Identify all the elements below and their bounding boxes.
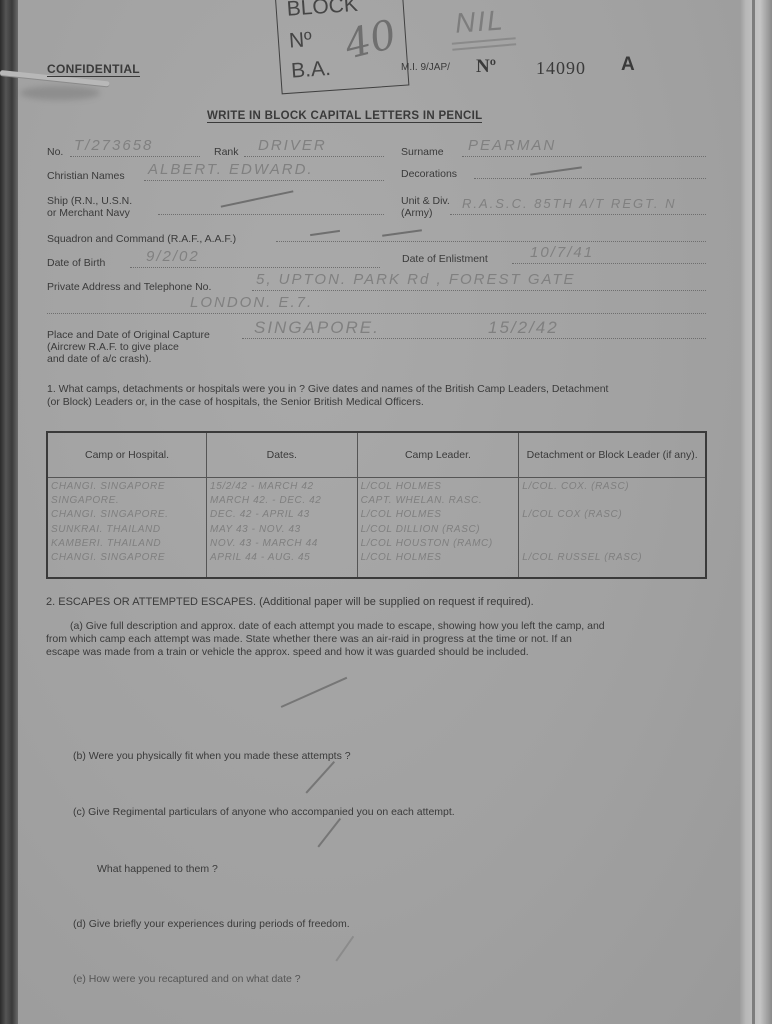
capture-label: Place and Date of Original Capture (Airc… bbox=[47, 329, 210, 365]
string-shadow bbox=[20, 86, 100, 100]
question-2e: (e) How were you recaptured and on what … bbox=[73, 973, 301, 986]
date-of-enlistment-label: Date of Enlistment bbox=[402, 253, 488, 265]
decorations-label: Decorations bbox=[401, 168, 457, 180]
number-label: No. bbox=[47, 146, 63, 158]
date-of-enlistment-value: 10/7/41 bbox=[530, 244, 594, 261]
cell-leader: L/COL HOLMES bbox=[361, 551, 516, 565]
question-2a-line2: from which camp each attempt was made. S… bbox=[46, 633, 572, 645]
nil-annotation: NIL bbox=[454, 4, 506, 39]
question-2b: (b) Were you physically fit when you mad… bbox=[73, 750, 351, 763]
cell-leader: L/COL HOLMES bbox=[361, 480, 516, 494]
surname-value: PEARMAN bbox=[468, 137, 556, 154]
question-2a: (a) Give full description and approx. da… bbox=[46, 620, 726, 659]
question-2a-line3: escape was made from a train or vehicle … bbox=[46, 646, 529, 658]
stamp-line-ba: B.A. bbox=[290, 58, 331, 82]
rank-value: DRIVER bbox=[258, 137, 327, 154]
ship-label-line2: or Merchant Navy bbox=[47, 207, 130, 219]
header-dates: Dates. bbox=[207, 432, 358, 478]
camp-column: CHANGI. SINGAPORE SINGAPORE. CHANGI. SIN… bbox=[47, 478, 207, 578]
cell-block-leader: L/COL COX (RASC) bbox=[522, 508, 702, 522]
reference-prefix: M.I. 9/JAP/ bbox=[401, 62, 450, 73]
address-line1: 5, UPTON. PARK Rd , FOREST GATE bbox=[256, 271, 576, 288]
cell-block-leader bbox=[522, 523, 702, 537]
surname-label: Surname bbox=[401, 146, 444, 158]
serial-number: 14090 bbox=[536, 58, 586, 79]
cell-dates: APRIL 44 - AUG. 45 bbox=[210, 551, 354, 565]
christian-names-label: Christian Names bbox=[47, 170, 125, 182]
section2-title: 2. ESCAPES OR ATTEMPTED ESCAPES. (Additi… bbox=[46, 596, 726, 609]
cell-camp: SUNKRAI. THAILAND bbox=[51, 523, 203, 537]
rank-label: Rank bbox=[214, 146, 239, 158]
number-value: T/273658 bbox=[74, 137, 153, 154]
date-of-birth-value: 9/2/02 bbox=[146, 248, 200, 265]
cell-camp: CHANGI. SINGAPORE bbox=[51, 480, 203, 494]
cell-block-leader: L/COL RUSSEL (RASC) bbox=[522, 551, 702, 565]
question-2c-followup: What happened to them ? bbox=[97, 863, 218, 876]
header-camp: Camp or Hospital. bbox=[47, 432, 207, 478]
stamp-line-no: Nº bbox=[288, 29, 312, 52]
section1-question-line2: (or Block) Leaders or, in the case of ho… bbox=[47, 396, 424, 408]
block-leader-column: L/COL. COX. (RASC) L/COL COX (RASC) L/CO… bbox=[519, 478, 706, 578]
camps-table: Camp or Hospital. Dates. Camp Leader. De… bbox=[46, 431, 707, 579]
unit-label-line2: (Army) bbox=[401, 207, 433, 219]
address-label: Private Address and Telephone No. bbox=[47, 281, 211, 293]
number-label: Nº bbox=[476, 56, 496, 78]
unit-value: R.A.S.C. 85TH A/T REGT. N bbox=[462, 196, 676, 211]
section1-question-line1: 1. What camps, detachments or hospitals … bbox=[47, 383, 608, 395]
cell-dates: MAY 43 - NOV. 43 bbox=[210, 523, 354, 537]
page-edge bbox=[752, 0, 755, 1024]
cell-leader: L/COL HOLMES bbox=[361, 508, 516, 522]
cell-camp: CHANGI. SINGAPORE bbox=[51, 551, 203, 565]
cell-camp: KAMBERI. THAILAND bbox=[51, 537, 203, 551]
cell-leader: CAPT. WHELAN. RASC. bbox=[361, 494, 516, 508]
stamp-handwritten-number: 40 bbox=[340, 12, 401, 69]
table-row: CHANGI. SINGAPORE SINGAPORE. CHANGI. SIN… bbox=[47, 478, 706, 578]
cell-camp: CHANGI. SINGAPORE. bbox=[51, 508, 203, 522]
unit-label: Unit & Div. (Army) bbox=[401, 195, 450, 219]
date-of-birth-label: Date of Birth bbox=[47, 257, 105, 269]
stamp-line-block: BLOCK bbox=[286, 0, 358, 20]
cell-camp: SINGAPORE. bbox=[51, 494, 203, 508]
capture-label-line3: and date of a/c crash). bbox=[47, 353, 151, 365]
cell-dates: 15/2/42 - MARCH 42 bbox=[210, 480, 354, 494]
cell-dates: NOV. 43 - MARCH 44 bbox=[210, 537, 354, 551]
christian-names-value: ALBERT. EDWARD. bbox=[148, 161, 314, 178]
question-2c: (c) Give Regimental particulars of anyon… bbox=[73, 806, 455, 819]
cell-dates: DEC. 42 - APRIL 43 bbox=[210, 508, 354, 522]
address-line2: LONDON. E.7. bbox=[190, 294, 313, 311]
block-stamp: BLOCK Nº B.A. 40 bbox=[275, 0, 410, 94]
squadron-label: Squadron and Command (R.A.F., A.A.F.) bbox=[47, 233, 236, 245]
cell-block-leader bbox=[522, 537, 702, 551]
table-header-row: Camp or Hospital. Dates. Camp Leader. De… bbox=[47, 432, 706, 478]
capture-label-line2: (Aircrew R.A.F. to give place bbox=[47, 341, 179, 353]
capture-date: 15/2/42 bbox=[488, 318, 559, 338]
camp-leader-column: L/COL HOLMES CAPT. WHELAN. RASC. L/COL H… bbox=[357, 478, 519, 578]
capture-place: SINGAPORE. bbox=[254, 318, 380, 338]
cell-leader: L/COL HOUSTON (RAMC) bbox=[361, 537, 516, 551]
header-camp-leader: Camp Leader. bbox=[357, 432, 519, 478]
question-2a-line1: (a) Give full description and approx. da… bbox=[46, 620, 605, 632]
underlying-pages bbox=[740, 0, 772, 1024]
classification-label: CONFIDENTIAL bbox=[47, 62, 140, 77]
unit-label-line1: Unit & Div. bbox=[401, 195, 450, 207]
ship-label: Ship (R.N., U.S.N. or Merchant Navy bbox=[47, 195, 132, 219]
form-instruction: WRITE IN BLOCK CAPITAL LETTERS IN PENCIL bbox=[207, 110, 482, 123]
cell-leader: L/COL DILLION (RASC) bbox=[361, 523, 516, 537]
cell-block-leader: L/COL. COX. (RASC) bbox=[522, 480, 702, 494]
capture-label-line1: Place and Date of Original Capture bbox=[47, 329, 210, 341]
ship-label-line1: Ship (R.N., U.S.N. bbox=[47, 195, 132, 207]
serial-suffix: A bbox=[621, 54, 635, 76]
question-2d: (d) Give briefly your experiences during… bbox=[73, 918, 350, 931]
section1-question: 1. What camps, detachments or hospitals … bbox=[47, 383, 717, 409]
header-block-leader: Detachment or Block Leader (if any). bbox=[519, 432, 706, 478]
dates-column: 15/2/42 - MARCH 42 MARCH 42. - DEC. 42 D… bbox=[207, 478, 358, 578]
cell-block-leader bbox=[522, 494, 702, 508]
cell-dates: MARCH 42. - DEC. 42 bbox=[210, 494, 354, 508]
